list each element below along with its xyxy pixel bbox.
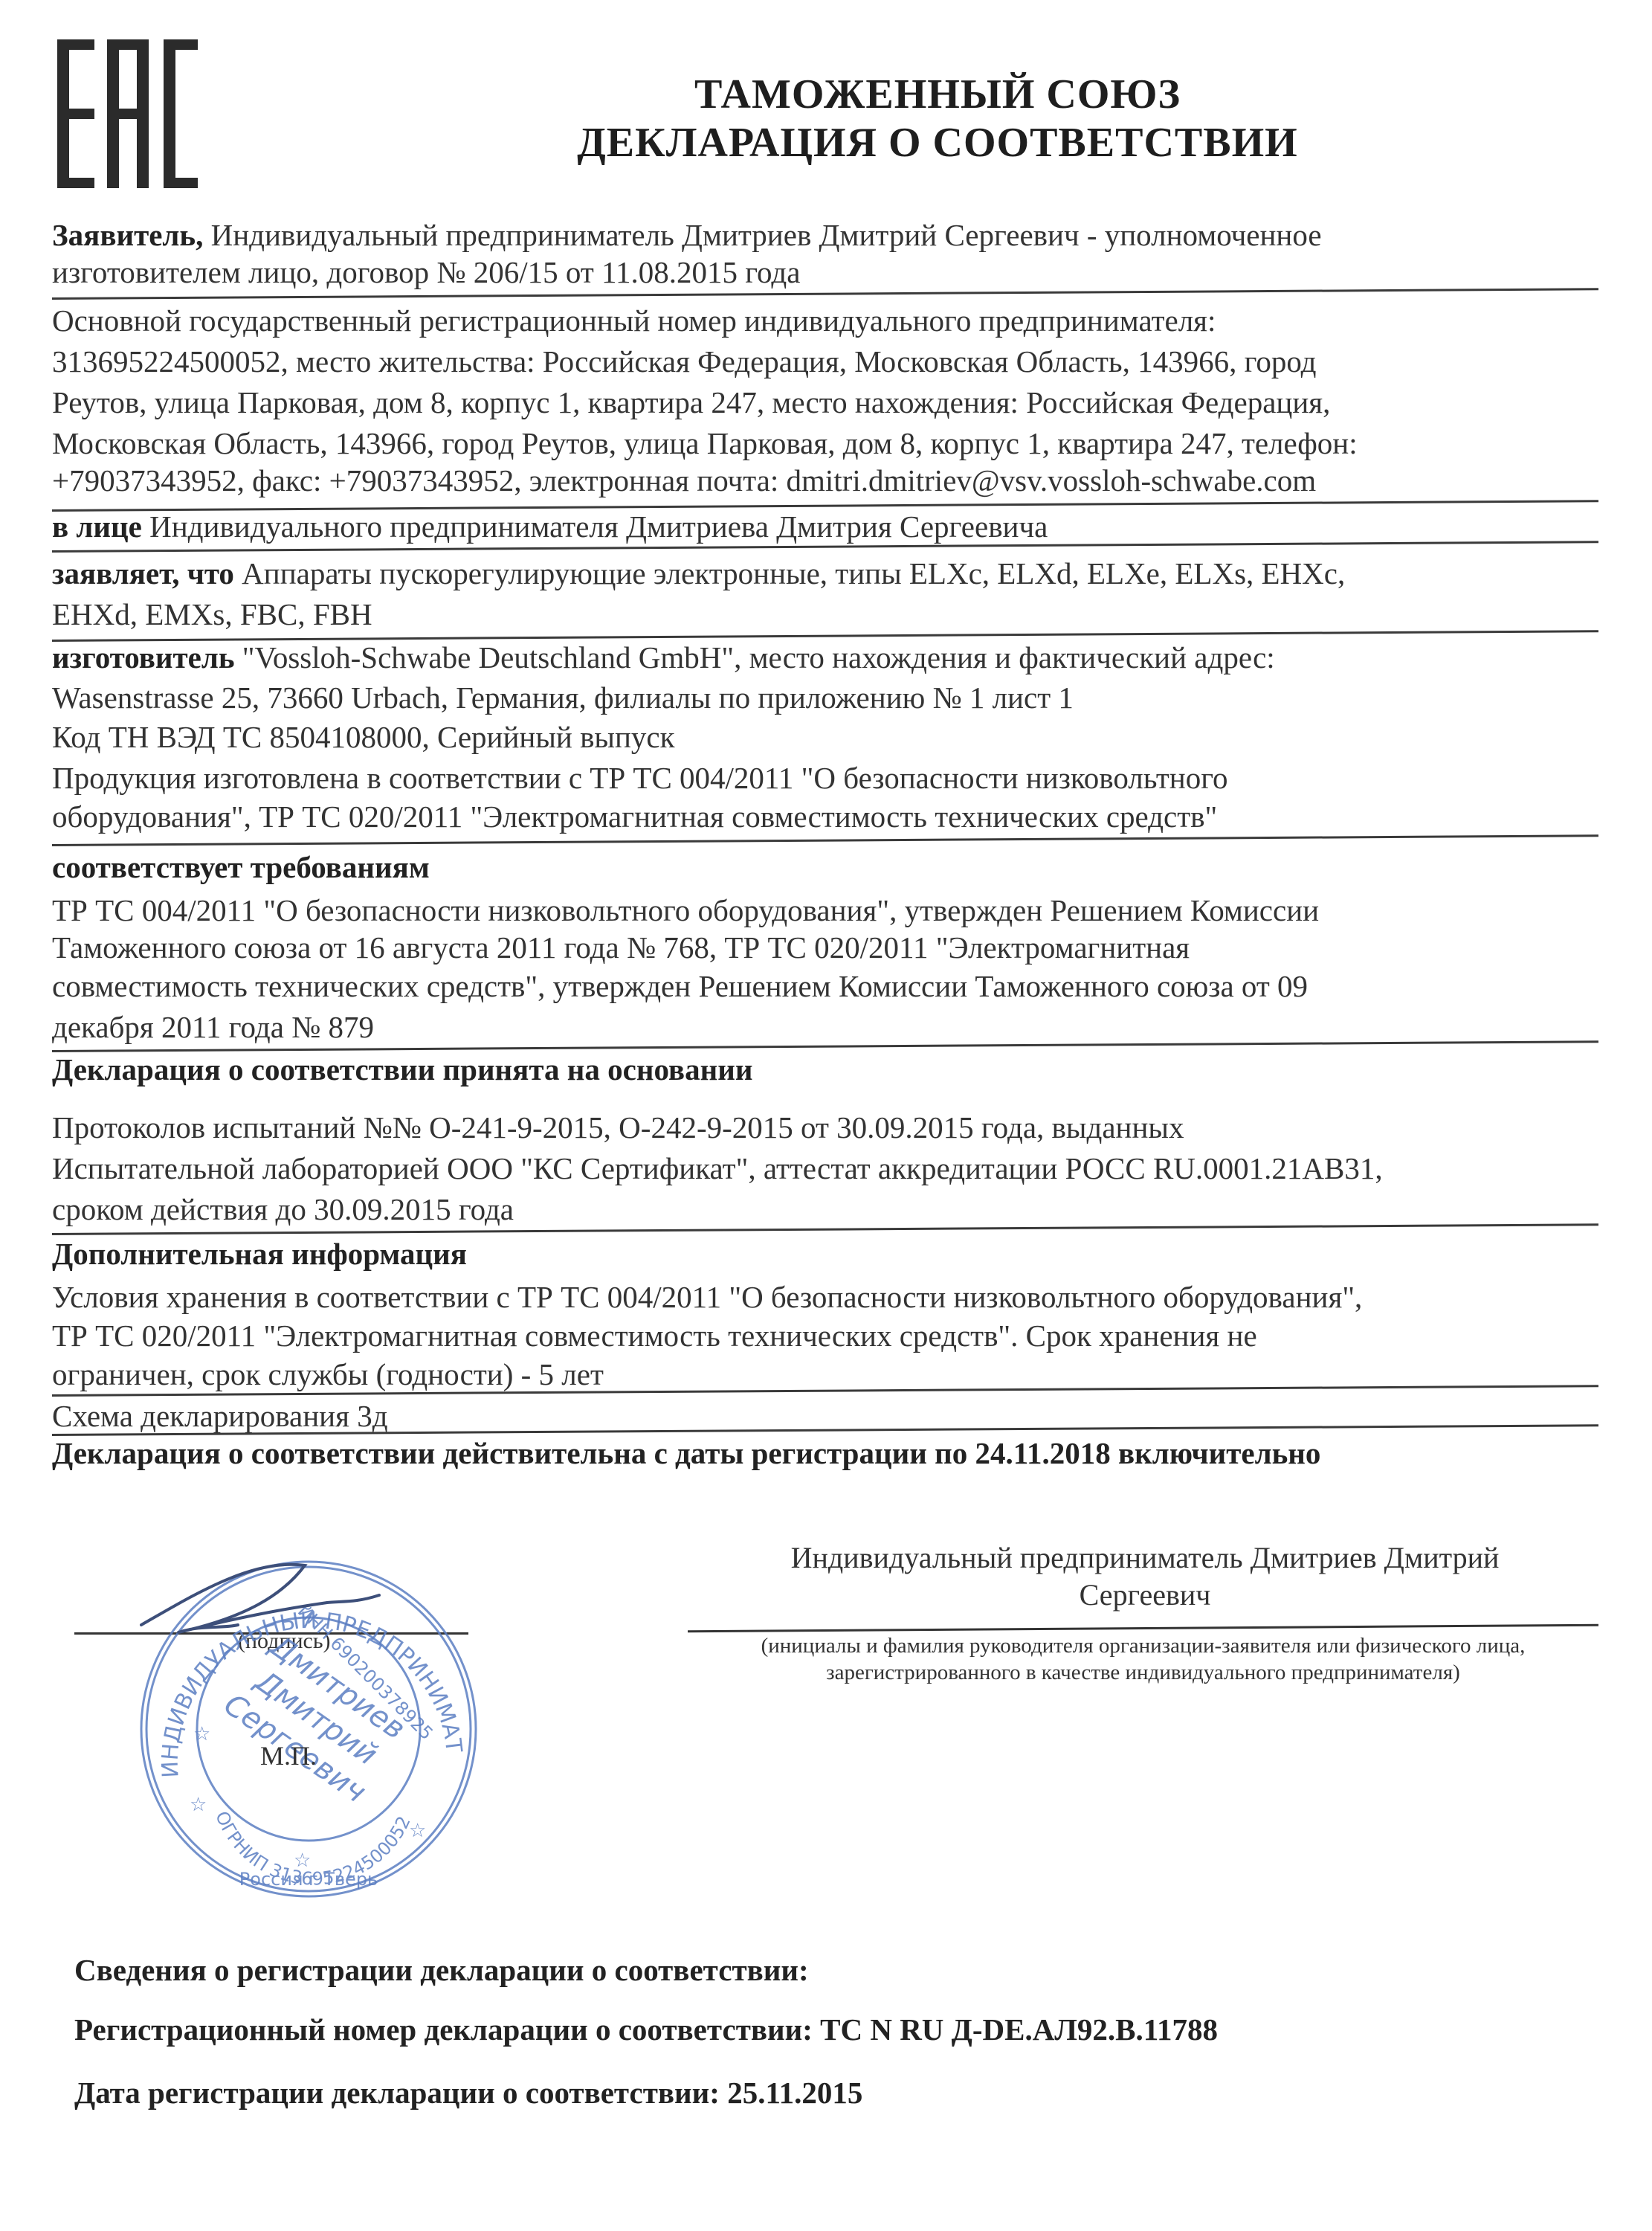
svg-text:☆: ☆ (193, 1723, 210, 1745)
additional-label: Дополнительная информация (52, 1234, 1598, 1273)
declares-label: заявляет, что (52, 556, 234, 590)
ogrnip-line1: Основной государственный регистрационный… (52, 301, 1598, 340)
basis-line1: Протоколов испытаний №№ О-241-9-2015, О-… (52, 1108, 1598, 1147)
manufacturer-line2: Wasenstrasse 25, 73660 Urbach, Германия,… (52, 678, 1598, 717)
applicant-label: Заявитель, (52, 218, 203, 252)
applicant-line2: изготовителем лицо, договор № 206/15 от … (52, 253, 1598, 292)
registration-number: Регистрационный номер декларации о соотв… (74, 2012, 1218, 2047)
complies-line2: Таможенного союза от 16 августа 2011 год… (52, 928, 1598, 967)
ogrnip-line4: Московская Область, 143966, город Реутов… (52, 424, 1598, 463)
applicant-text: Индивидуальный предприниматель Дмитриев … (203, 218, 1321, 252)
divider (52, 834, 1598, 846)
manufacturer-line3: Код ТН ВЭД ТС 8504108000, Серийный выпус… (52, 718, 1598, 756)
svg-text:☆: ☆ (294, 1849, 311, 1872)
basis-line2: Испытательной лабораторией ООО "КС Серти… (52, 1149, 1598, 1188)
complies-line4: декабря 2011 года № 879 (52, 1008, 1598, 1046)
manufacturer-line1: изготовитель "Vossloh-Schwabe Deutschlan… (52, 638, 1598, 677)
svg-text:Россия г Тверь: Россия г Тверь (239, 1869, 378, 1890)
basis-label: Декларация о соответствии принята на осн… (52, 1050, 1598, 1089)
declares-text: Аппараты пускорегулирующие электронные, … (234, 556, 1345, 590)
stamp-place-label: М.П. (260, 1740, 317, 1771)
registration-number-label: Регистрационный номер декларации о соотв… (74, 2012, 820, 2047)
signatory-caption: (инициалы и фамилия руководителя организ… (688, 1632, 1598, 1686)
signatory-name-line (688, 1624, 1598, 1633)
registration-date-label: Дата регистрации декларации о соответств… (74, 2076, 727, 2110)
additional-line1: Условия хранения в соответствии с ТР ТС … (52, 1278, 1598, 1316)
manufacturer-text: "Vossloh-Schwabe Deutschland GmbH", мест… (235, 640, 1275, 675)
signatory-name-line2: Сергеевич (714, 1577, 1576, 1614)
signatory-caption-line2: зарегистрированного в качестве индивидуа… (688, 1659, 1598, 1686)
document-title-line2: ДЕКЛАРАЦИЯ О СООТВЕТСТВИИ (112, 119, 1652, 167)
manufacturer-line5: оборудования", ТР ТС 020/2011 "Электрома… (52, 797, 1598, 836)
ogrnip-line5: +79037343952, факс: +79037343952, электр… (52, 461, 1598, 500)
svg-text:☆: ☆ (190, 1794, 207, 1816)
ogrnip-line2: 313695224500052, место жительства: Росси… (52, 342, 1598, 381)
signatory-name: Индивидуальный предприниматель Дмитриев … (714, 1539, 1576, 1614)
represented-by-text: Индивидуального предпринимателя Дмитриев… (142, 509, 1048, 544)
manufacturer-line4: Продукция изготовлена в соответствии с Т… (52, 759, 1598, 797)
complies-line1: ТР ТС 004/2011 "О безопасности низковоль… (52, 891, 1598, 930)
represented-by-line: в лице Индивидуального предпринимателя Д… (52, 507, 1598, 546)
registration-heading: Сведения о регистрации декларации о соот… (74, 1952, 809, 1988)
complies-line3: совместимость технических средств", утве… (52, 967, 1598, 1005)
signatory-caption-line1: (инициалы и фамилия руководителя организ… (688, 1632, 1598, 1659)
complies-label: соответствует требованиям (52, 848, 1598, 886)
signatory-name-line1: Индивидуальный предприниматель Дмитриев … (714, 1539, 1576, 1577)
signature-icon (134, 1551, 431, 1647)
validity-statement: Декларация о соответствии действительна … (52, 1434, 1598, 1472)
manufacturer-label: изготовитель (52, 640, 235, 675)
document-title-line1: ТАМОЖЕННЫЙ СОЮЗ (112, 71, 1652, 118)
applicant-line1: Заявитель, Индивидуальный предпринимател… (52, 216, 1598, 254)
registration-date: Дата регистрации декларации о соответств… (74, 2075, 862, 2111)
ogrnip-line3: Реутов, улица Парковая, дом 8, корпус 1,… (52, 383, 1598, 422)
svg-text:☆: ☆ (409, 1820, 426, 1842)
represented-by-label: в лице (52, 509, 142, 544)
registration-number-value: ТС N RU Д-DE.АЛ92.В.11788 (820, 2012, 1218, 2047)
basis-line3: сроком действия до 30.09.2015 года (52, 1190, 1598, 1229)
declares-line1: заявляет, что Аппараты пускорегулирующие… (52, 554, 1598, 593)
additional-line2: ТР ТС 020/2011 "Электромагнитная совмест… (52, 1316, 1598, 1355)
declares-line2: EHXd, EMXs, FBC, FBH (52, 595, 1598, 634)
registration-date-value: 25.11.2015 (727, 2076, 862, 2110)
